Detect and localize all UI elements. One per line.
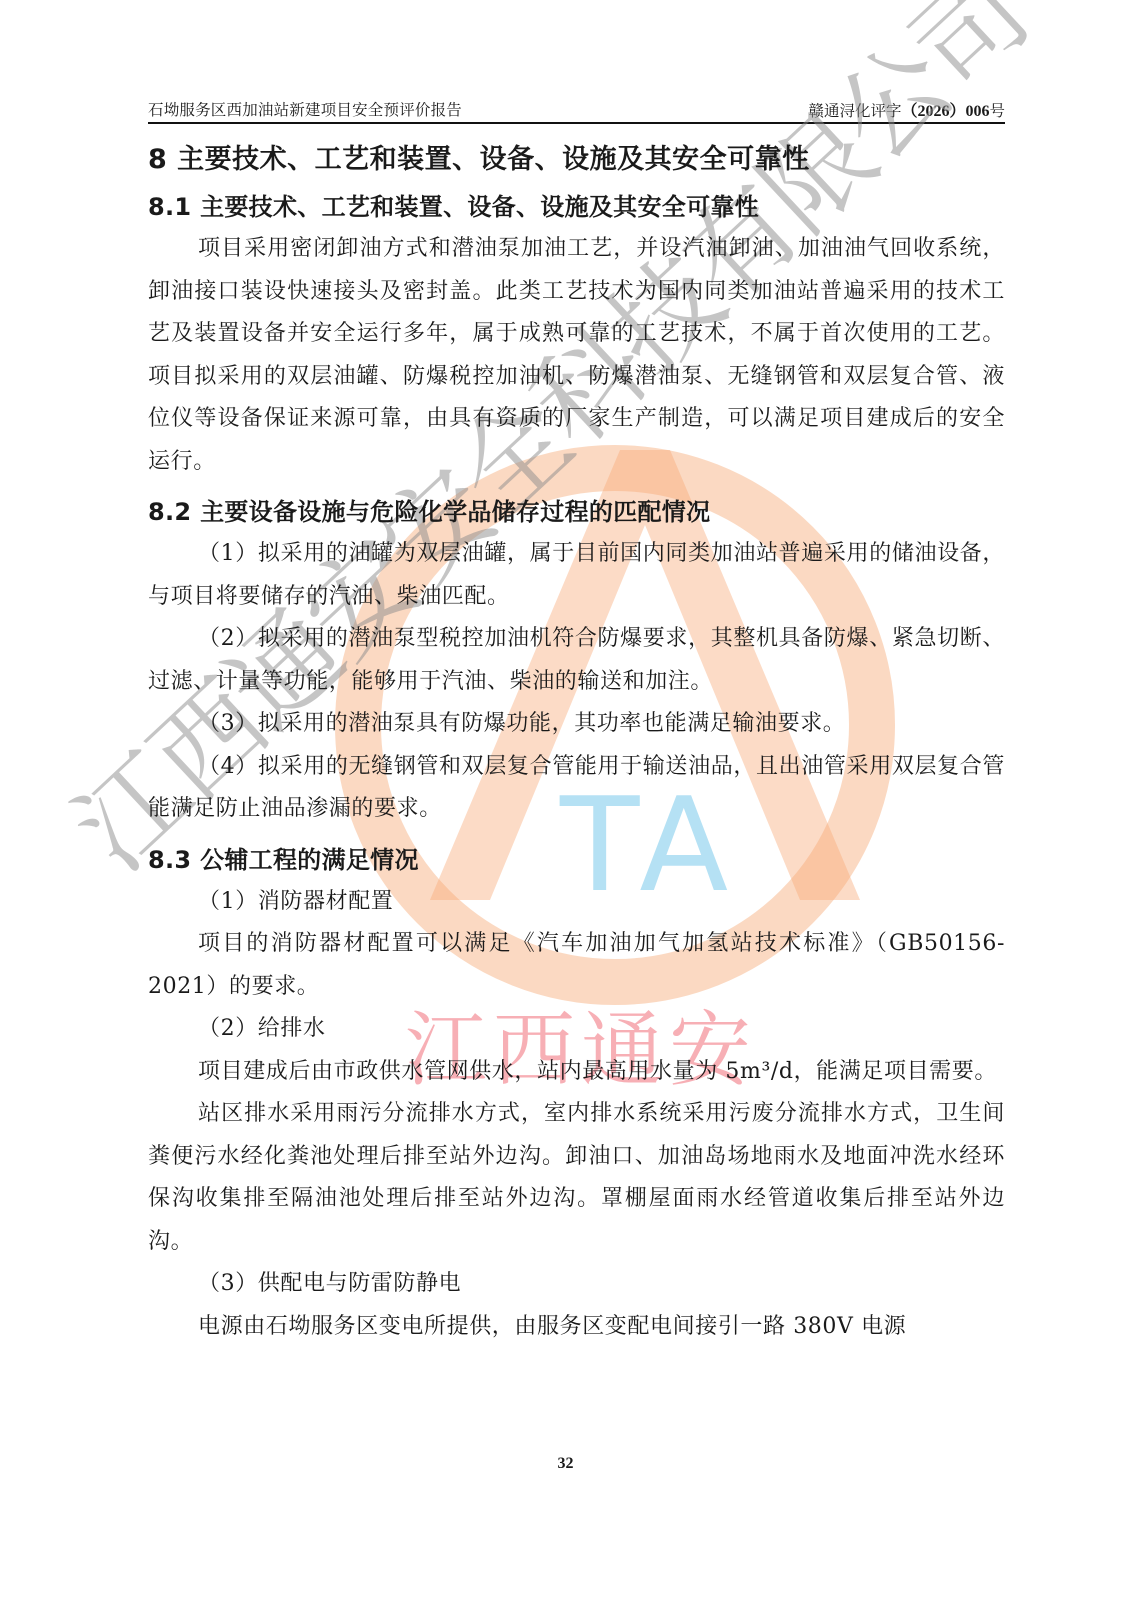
chapter-title: 8 主要技术、工艺和装置、设备、设施及其安全可靠性 xyxy=(148,140,1005,190)
power-heading: （3）供配电与防雷防静电 xyxy=(148,1263,1005,1306)
fire-equipment-heading: （1）消防器材配置 xyxy=(148,881,1005,924)
report-title: 石坳服务区西加油站新建项目安全预评价报告 xyxy=(148,98,462,120)
section-8-2-item-2: （2）拟采用的潜油泵型税控加油机符合防爆要求，其整机具备防爆、紧急切断、过滤、计… xyxy=(148,618,1005,703)
section-8-2-item-4: （4）拟采用的无缝钢管和双层复合管能用于输送油品，且出油管采用双层复合管能满足防… xyxy=(148,746,1005,831)
fire-equipment-text: 项目的消防器材配置可以满足《汽车加油加气加氢站技术标准》（GB50156-202… xyxy=(148,923,1005,1008)
section-8-1-title: 8.1 主要技术、工艺和装置、设备、设施及其安全可靠性 xyxy=(148,192,1005,222)
section-8-3-title: 8.3 公辅工程的满足情况 xyxy=(148,845,1005,875)
section-8-2-title: 8.2 主要设备设施与危险化学品储存过程的匹配情况 xyxy=(148,497,1005,527)
report-number: 赣通浔化评字（2026）006号 xyxy=(808,98,1005,121)
page-number: 32 xyxy=(0,1455,1131,1473)
drainage-text: 站区排水采用雨污分流排水方式，室内排水系统采用污废分流排水方式，卫生间粪便污水经… xyxy=(148,1093,1005,1263)
section-8-2-item-1: （1）拟采用的油罐为双层油罐，属于目前国内同类加油站普遍采用的储油设备，与项目将… xyxy=(148,533,1005,618)
page-content: 8 主要技术、工艺和装置、设备、设施及其安全可靠性 8.1 主要技术、工艺和装置… xyxy=(148,140,1005,1348)
water-heading: （2）给排水 xyxy=(148,1008,1005,1051)
water-supply-text: 项目建成后由市政供水管网供水，站内最高用水量为 5m³/d，能满足项目需要。 xyxy=(148,1051,1005,1094)
page-header: 石坳服务区西加油站新建项目安全预评价报告 赣通浔化评字（2026）006号 xyxy=(148,96,1005,124)
report-number-code: （2026）006 xyxy=(901,103,989,120)
section-8-2-item-3: （3）拟采用的潜油泵具有防爆功能，其功率也能满足输油要求。 xyxy=(148,703,1005,746)
power-text: 电源由石坳服务区变电所提供，由服务区变配电间接引一路 380V 电源 xyxy=(148,1306,1005,1349)
report-number-suffix: 号 xyxy=(989,102,1005,120)
section-8-1-paragraph: 项目采用密闭卸油方式和潜油泵加油工艺，并设汽油卸油、加油油气回收系统，卸油接口装… xyxy=(148,228,1005,483)
report-number-prefix: 赣通浔化评字 xyxy=(808,102,901,120)
document-page: TA 江西通安 江西通安安全科技有限公司 石坳服务区西加油站新建项目安全预评价报… xyxy=(0,0,1131,1600)
